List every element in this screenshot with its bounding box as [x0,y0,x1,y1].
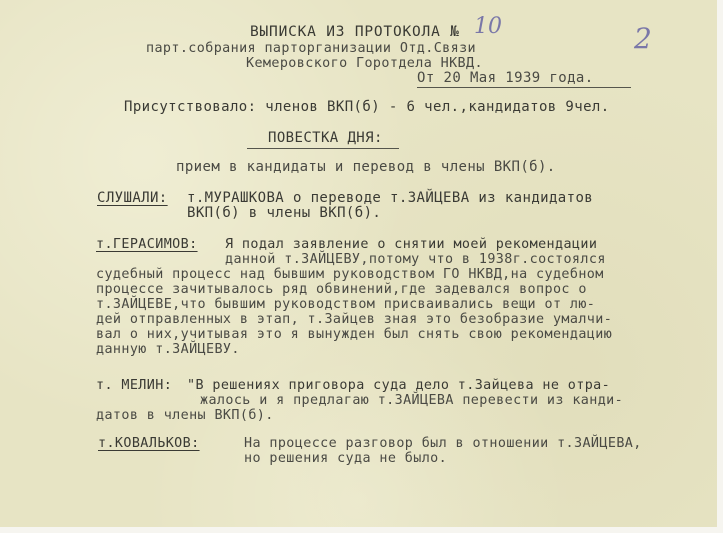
statement-line: т.ЗАЙЦЕВЕ,что бывшим руководством присва… [96,297,595,313]
heard-line-1: т.МУРАШКОВА о переводе т.ЗАЙЦЕВА из канд… [187,190,593,206]
statement-line: данную т.ЗАЙЦЕВУ. [96,342,240,358]
speaker-kovalkov: т.КОВАЛЬКОВ: [98,436,200,452]
document-date: От 20 Мая 1939 года. [417,70,594,86]
document-title: ВЫПИСКА ИЗ ПРОТОКОЛА № [250,24,460,40]
statement-line: но решения суда не было. [244,451,447,467]
statement-line: Я подал заявление о снятии моей рекоменд… [225,237,597,253]
agenda-item: прием в кандидаты и перевод в члены ВКП(… [176,159,556,175]
document-page: ВЫПИСКА ИЗ ПРОТОКОЛА № 10 парт.собрания … [0,0,717,527]
statement-line: датов в члены ВКП(б). [96,408,274,424]
attendance-line: Присутствовало: членов ВКП(б) - 6 чел.,к… [124,99,610,115]
page-number-handwritten: 2 [634,22,652,55]
heard-line-2: ВКП(б) в члены ВКП(б). [187,205,381,221]
speaker-melin: т. МЕЛИН: [96,378,172,394]
statement-line: вал о них,учитывая это я вынужден был сн… [96,327,612,343]
statement-line: данной т.ЗАЙЦЕВУ,потому что в 1938г.сост… [225,252,606,268]
protocol-number-handwritten: 10 [474,14,502,39]
header-subtitle-line1: парт.собрания парторганизации Отд.Связи [146,41,476,57]
agenda-heading: ПОВЕСТКА ДНЯ: [268,130,383,146]
statement-line: На процессе разговор был в отношении т.З… [244,436,642,452]
agenda-heading-underline [247,148,399,149]
speaker-gerasimov: т.ГЕРАСИМОВ: [96,237,198,253]
date-underline [417,87,631,88]
statement-line: процессе зачитывалось ряд обвинений,где … [96,282,587,298]
statement-line: дей отправленных в этап, т.Зайцев зная э… [96,312,612,328]
heard-label: СЛУШАЛИ: [97,190,168,206]
statement-line: судебный процесс над бывшим руководством… [96,267,604,283]
statement-line: жалось и я предлагаю т.ЗАЙЦЕВА перевести… [200,393,623,409]
statement-line: "В решениях приговора суда дело т.Зайцев… [187,378,610,394]
title-text: ВЫПИСКА ИЗ ПРОТОКОЛА № [250,24,460,40]
